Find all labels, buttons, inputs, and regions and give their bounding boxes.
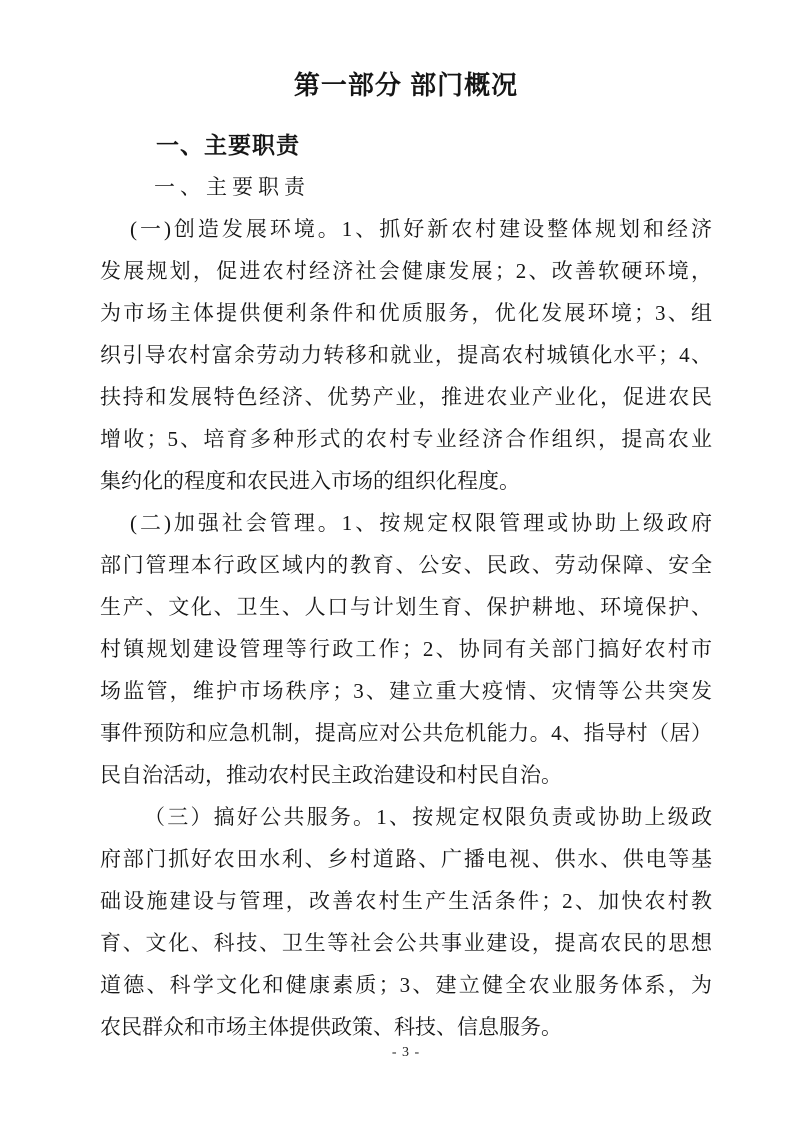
paragraph-social-management: (二)加强社会管理。1、按规定权限管理或协助上级政府 部门管理本行政区域内的教育… — [100, 502, 712, 796]
text-line: 道德、科学文化和健康素质；3、建立健全农业服务体系，为 — [100, 964, 712, 1006]
text-line: 部门管理本行政区域内的教育、公安、民政、劳动保障、安全 — [100, 544, 712, 586]
text-line: 生产、文化、卫生、人口与计划生育、保护耕地、环境保护、 — [100, 586, 712, 628]
document-page: 第一部分 部门概况 一、主要职责 一、主要职责 (一)创造发展环境。1、抓好新农… — [0, 0, 793, 1122]
text-line: （三）搞好公共服务。1、按规定权限负责或协助上级政 — [100, 796, 712, 838]
section-heading: 一、主要职责 — [100, 124, 712, 166]
text-line: 农民群众和市场主体提供政策、科技、信息服务。 — [100, 1006, 712, 1048]
paragraph-public-services: （三）搞好公共服务。1、按规定权限负责或协助上级政 府部门抓好农田水利、乡村道路… — [100, 796, 712, 1048]
text-line: 集约化的程度和农民进入市场的组织化程度。 — [100, 460, 712, 502]
text-line: (二)加强社会管理。1、按规定权限管理或协助上级政府 — [100, 502, 712, 544]
text-line: 础设施建设与管理，改善农村生产生活条件；2、加快农村教 — [100, 880, 712, 922]
text-line: 扶持和发展特色经济、优势产业，推进农业产业化，促进农民 — [100, 376, 712, 418]
text-line: (一)创造发展环境。1、抓好新农村建设整体规划和经济 — [100, 208, 712, 250]
document-title: 第一部分 部门概况 — [100, 64, 712, 106]
text-line: 村镇规划建设管理等行政工作；2、协同有关部门搞好农村市 — [100, 628, 712, 670]
text-line: 织引导农村富余劳动力转移和就业，提高农村城镇化水平；4、 — [100, 334, 712, 376]
text-line: 场监管，维护市场秩序；3、建立重大疫情、灾情等公共突发 — [100, 670, 712, 712]
text-line: 育、文化、科技、卫生等社会公共事业建设，提高农民的思想 — [100, 922, 712, 964]
text-line: 发展规划，促进农村经济社会健康发展；2、改善软硬环境， — [100, 250, 712, 292]
text-line: 府部门抓好农田水利、乡村道路、广播电视、供水、供电等基 — [100, 838, 712, 880]
text-line: 为市场主体提供便利条件和优质服务，优化发展环境；3、组 — [100, 292, 712, 334]
paragraph-duties-development: (一)创造发展环境。1、抓好新农村建设整体规划和经济 发展规划，促进农村经济社会… — [100, 208, 712, 502]
text-line: 事件预防和应急机制，提高应对公共危机能力。4、指导村（居） — [100, 712, 712, 754]
text-line: 增收；5、培育多种形式的农村专业经济合作组织，提高农业 — [100, 418, 712, 460]
section-subheading: 一、主要职责 — [100, 166, 712, 208]
text-line: 民自治活动，推动农村民主政治建设和村民自治。 — [100, 754, 712, 796]
